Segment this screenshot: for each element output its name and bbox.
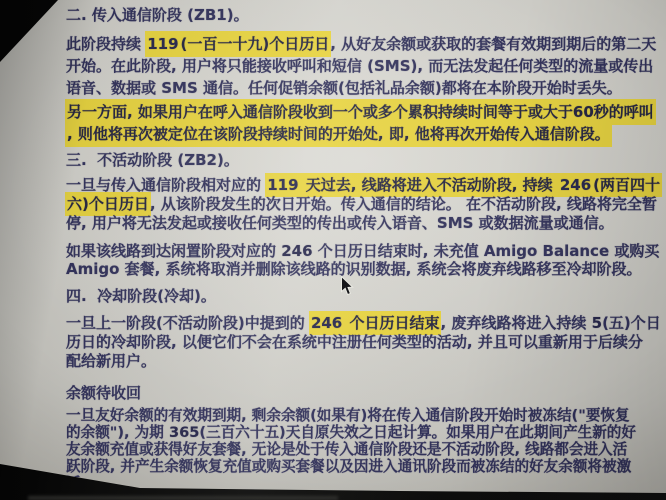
text-segment: 余额待收回 xyxy=(66,384,141,402)
text-segment: , 从该阶段发生的次日开始。传入通信的结论。 在不活动阶段, 线路将完全暂 xyxy=(150,195,657,213)
highlighted-text: 246 xyxy=(559,174,592,196)
screen-surface: 二. 传入通信阶段 (ZB1)。此阶段持续 119(一百一十九)个日历日, 从好… xyxy=(0,0,666,500)
highlighted-text: (一百一十九)个日历日 xyxy=(180,32,331,56)
text-segment: 一旦上一阶段(不活动阶段)中提到的 xyxy=(66,314,310,332)
highlighted-text: 个日历日结束 xyxy=(343,312,440,334)
text-line: 此阶段持续 119(一百一十九)个日历日, 从好友余额或获取的套餐有效期到期后的… xyxy=(66,33,660,55)
text-segment: 开始。在此阶段, 用户将只能接收呼叫和短信 (SMS), 而无法发起任何类型的流… xyxy=(66,57,653,75)
text-segment: 此阶段持续 xyxy=(66,35,146,53)
text-segment: 365 xyxy=(169,424,199,441)
highlighted-text: 六)个日历日 xyxy=(66,193,150,215)
text-line: , 则他将再次被定位在该阶段持续时间的开始处, 即, 他将再次开始传入通信阶段。 xyxy=(66,123,660,145)
text-segment: 历日的冷却阶段, 以便它们不会在系统中注册任何类型的活动, 并且可以重新用于后续… xyxy=(66,333,643,351)
text-line: 三. 不活动阶段 (ZB2)。 xyxy=(66,149,660,171)
arrow-cursor-icon xyxy=(340,276,354,296)
document-body: 二. 传入通信阶段 (ZB1)。此阶段持续 119(一百一十九)个日历日, 从好… xyxy=(0,0,666,492)
text-line: 跃阶段, 并产生余额恢复充值或购买套餐以及因进入通讯阶段而被冻结的好友余额将被激 xyxy=(66,458,660,475)
text-segment: (三百六十五)天自原失效之日起计算。如果用户在此期间产生新的好 xyxy=(199,424,636,441)
paragraph: 此阶段持续 119(一百一十九)个日历日, 从好友余额或获取的套餐有效期到期后的… xyxy=(66,33,660,99)
text-line: Amigo 套餐, 系统将取消并删除该线路的识别数据, 系统会将废弃线路移至冷却… xyxy=(66,260,660,278)
highlighted-text: (两百四十 xyxy=(592,174,661,196)
highlighted-text: , 则他将再次被定位在该阶段持续时间的开始处, 即, 他将再次开始传入通信阶段。 xyxy=(66,122,611,146)
text-line: 六)个日历日, 从该阶段发生的次日开始。传入通信的结论。 在不活动阶段, 线路将… xyxy=(66,195,660,214)
text-segment: (五)个日 xyxy=(602,314,661,332)
heading: 二. 传入通信阶段 (ZB1)。 xyxy=(66,4,660,26)
text-line: 停, 用户将无法发起或接收任何类型的传出或传入语音、SMS 或数据流量或通信。 xyxy=(66,214,660,233)
text-segment: , 从好友余额或获取的套餐有效期到期后的第二天 xyxy=(330,35,656,53)
text-line: 四. 冷却阶段(冷却)。 xyxy=(66,287,660,306)
text-line: 配给新用户。 xyxy=(66,352,660,371)
highlighted-text: 246 xyxy=(310,312,343,334)
highlighted-text: 119 xyxy=(146,32,179,56)
text-segment: 三. 不活动阶段 (ZB2)。 xyxy=(66,151,239,169)
text-segment: 一旦友好余额的有效期到期, 剩余余额(如果有)将在传入通信阶段开始时被冻结("要… xyxy=(66,407,630,424)
text-segment: 跃阶段, 并产生余额恢复充值或购买套餐以及因进入通讯阶段而被冻结的好友余额将被激 xyxy=(66,458,631,475)
text-segment: 的余额"), 为期 xyxy=(66,424,169,441)
text-segment: 5 xyxy=(592,314,602,332)
text-line: 的余额"), 为期 365(三百六十五)天自原失效之日起计算。如果用户在此期间产… xyxy=(66,424,660,441)
text-line: 活。 xyxy=(66,475,660,492)
text-segment: 如果该线路到达闲置阶段对应的 xyxy=(66,242,281,260)
text-line: 开始。在此阶段, 用户将只能接收呼叫和短信 (SMS), 而无法发起任何类型的流… xyxy=(66,55,660,77)
text-segment: 停, 用户将无法发起或接收任何类型的传出或传入语音、SMS 或数据流量或通信。 xyxy=(66,214,614,232)
text-segment: 友余额充值或获得好友套餐, 无论是处于传入通信阶段还是不活动阶段, 线路都会进入… xyxy=(66,441,627,458)
text-line: 余额待收回 xyxy=(66,384,660,402)
highlighted-text: 119 xyxy=(266,174,299,196)
paragraph: 另一方面, 如果用户在呼入通信阶段收到一个或多个累积持续时间等于或大于60秒的呼… xyxy=(66,101,660,145)
text-line: 历日的冷却阶段, 以便它们不会在系统中注册任何类型的活动, 并且可以重新用于后续… xyxy=(66,333,660,352)
text-segment: 个日历日结束时, 未充值 Amigo Balance 或购买 xyxy=(313,242,660,260)
photographed-screen: 二. 传入通信阶段 (ZB1)。此阶段持续 119(一百一十九)个日历日, 从好… xyxy=(0,0,666,500)
highlighted-text: 天过去, 线路将进入不活动阶段, 持续 xyxy=(300,174,559,196)
heading: 四. 冷却阶段(冷却)。 xyxy=(66,287,660,306)
text-segment: 一旦与传入通信阶段相对应的 xyxy=(66,176,266,194)
text-line: 如果该线路到达闲置阶段对应的 246 个日历日结束时, 未充值 Amigo Ba… xyxy=(66,242,660,260)
text-segment: 246 xyxy=(281,242,312,260)
text-line: 一旦友好余额的有效期到期, 剩余余额(如果有)将在传入通信阶段开始时被冻结("要… xyxy=(66,407,660,424)
text-line: 一旦与传入通信阶段相对应的 119 天过去, 线路将进入不活动阶段, 持续 24… xyxy=(66,176,660,195)
highlighted-text: 另一方面, 如果用户在呼入通信阶段收到一个或多个累积持续时间等于或大于60秒的呼… xyxy=(66,100,655,124)
paragraph: 一旦上一阶段(不活动阶段)中提到的 246 个日历日结束, 废弃线路将进入持续 … xyxy=(66,314,660,371)
text-segment: , 废弃线路将进入持续 xyxy=(440,314,591,332)
subheading: 余额待收回 xyxy=(66,384,660,402)
text-segment: 四. 冷却阶段(冷却)。 xyxy=(66,287,216,305)
text-segment: 活。 xyxy=(66,475,95,492)
paragraph: 一旦友好余额的有效期到期, 剩余余额(如果有)将在传入通信阶段开始时被冻结("要… xyxy=(66,407,660,492)
text-line: 另一方面, 如果用户在呼入通信阶段收到一个或多个累积持续时间等于或大于60秒的呼… xyxy=(66,101,660,123)
text-segment: 语音、数据或 SMS 通信。任何促销余额(包括礼品余额)都将在本阶段开始时丢失。 xyxy=(66,79,622,97)
heading: 三. 不活动阶段 (ZB2)。 xyxy=(66,149,660,171)
text-segment: 配给新用户。 xyxy=(66,352,156,370)
bezel-reflection xyxy=(28,496,338,500)
paragraph: 一旦与传入通信阶段相对应的 119 天过去, 线路将进入不活动阶段, 持续 24… xyxy=(66,176,660,233)
text-line: 语音、数据或 SMS 通信。任何促销余额(包括礼品余额)都将在本阶段开始时丢失。 xyxy=(66,77,660,99)
text-line: 二. 传入通信阶段 (ZB1)。 xyxy=(66,4,660,26)
text-line: 友余额充值或获得好友套餐, 无论是处于传入通信阶段还是不活动阶段, 线路都会进入… xyxy=(66,441,660,458)
text-line: 一旦上一阶段(不活动阶段)中提到的 246 个日历日结束, 废弃线路将进入持续 … xyxy=(66,314,660,333)
text-segment: 二. 传入通信阶段 (ZB1)。 xyxy=(66,6,249,24)
paragraph: 如果该线路到达闲置阶段对应的 246 个日历日结束时, 未充值 Amigo Ba… xyxy=(66,242,660,278)
